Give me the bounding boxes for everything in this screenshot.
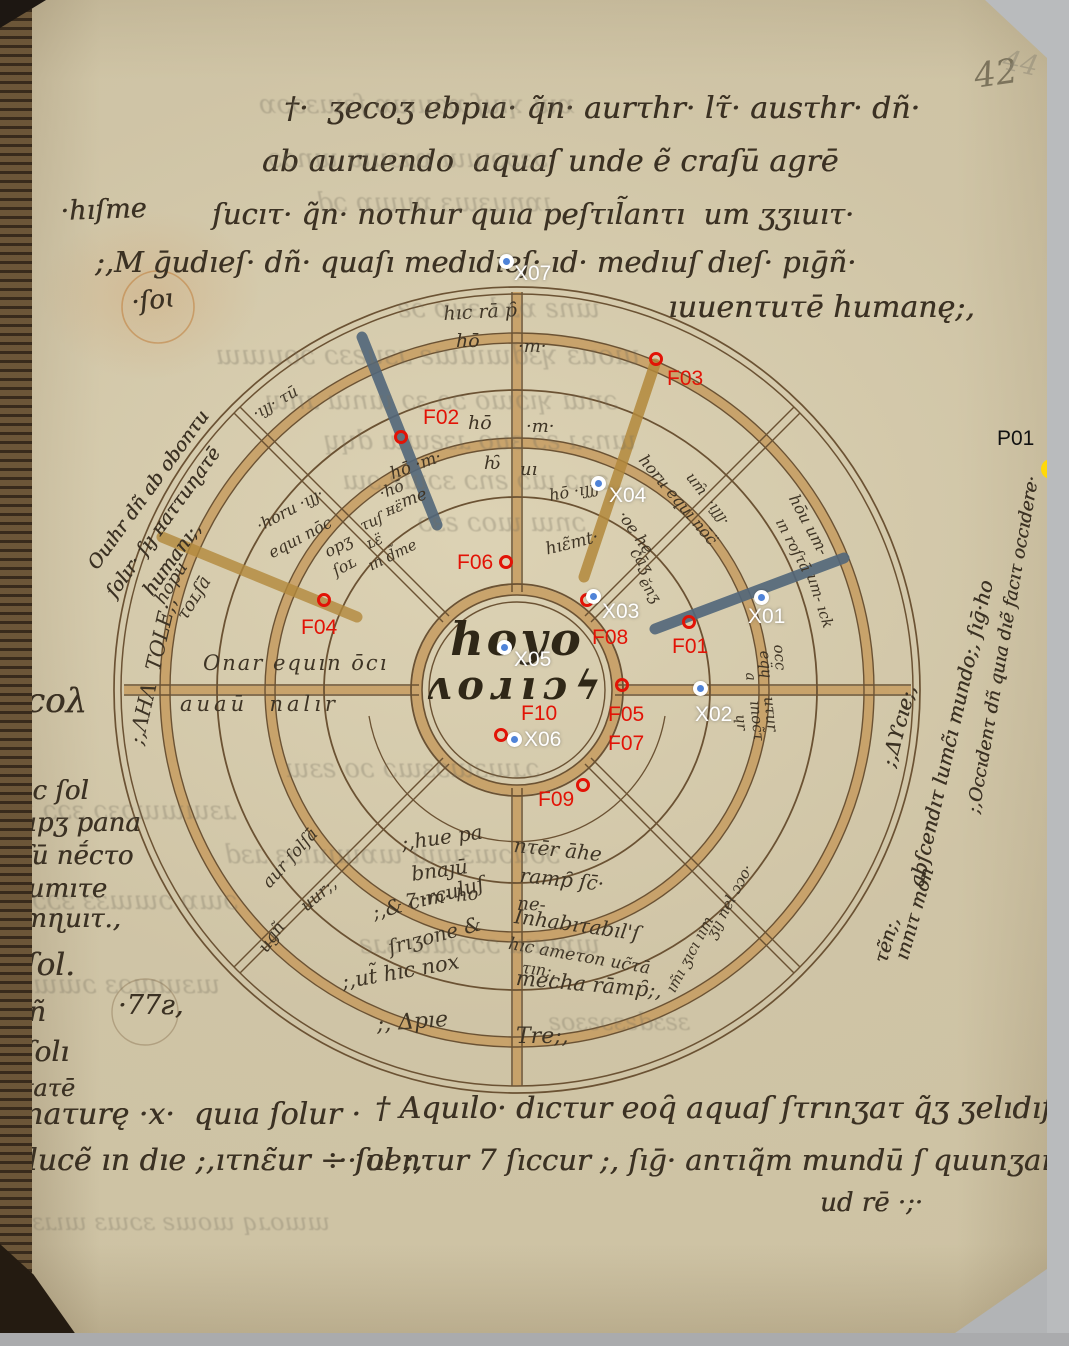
- ghost-9: ɯnɜɹ ƨɔ ɜuo ɹɜƨɯɯ dɥɥ: [323, 428, 636, 454]
- f05-marker-dot[interactable]: [615, 678, 629, 692]
- s-ml-2: auaū nalır: [180, 694, 339, 715]
- ghost-10: ɔnɔ ɯɔ ƨnɔ ɜɔɯƨ ɔɯ: [342, 468, 610, 494]
- p01-marker-label: P01: [997, 428, 1034, 449]
- f09-marker-label: F09: [538, 789, 574, 810]
- f01-marker-label: F01: [672, 636, 708, 657]
- ghost-18: ɜƨɜdƨɜɔƨɜoƨ: [549, 1010, 690, 1034]
- line-hieme: ·hıſme: [60, 195, 147, 225]
- scanner-background-bottom: [0, 1333, 1069, 1346]
- f07-marker-label: F07: [608, 733, 644, 754]
- s-b-14: ;, Δpıe: [376, 1009, 449, 1036]
- ghost-16: ɯɒɯɯ ɔɔɔɯɯ ɜɹƨ: [359, 932, 600, 958]
- x04-marker-core: [595, 480, 602, 487]
- x03-marker-label: X03: [602, 601, 639, 622]
- ghost-14: ɔouɔɯɜɯɯ ɯɒɯɯıɔɜ ɹɜd: [224, 842, 560, 868]
- x07-marker-dot[interactable]: [499, 254, 514, 269]
- ml-lucet: lucẽ ın dıe ;,ıτnɛ̃ur ÷ ſol ;,: [28, 1146, 423, 1176]
- book-edge-left: [0, 0, 32, 1346]
- folio-number-faint: 44: [1000, 46, 1041, 81]
- x02-marker-core: [697, 685, 704, 692]
- f04-marker-dot[interactable]: [317, 593, 331, 607]
- f08-marker-label: F08: [592, 627, 628, 648]
- ghost-5: ɹɒnuɜɯɜ ɒuɯɒ ɔd: [317, 190, 556, 216]
- x05-marker-label: X05: [514, 649, 551, 670]
- f02-marker-dot[interactable]: [394, 430, 408, 444]
- f09-marker-dot[interactable]: [576, 778, 590, 792]
- bot-line-1: † Aquılo· dıcτur eoq̑ aquaſ ſτrınʒaτ q̃ʒ…: [375, 1094, 1052, 1124]
- f06-marker-dot[interactable]: [499, 555, 513, 569]
- margin-sol-mid: coλ: [26, 684, 87, 718]
- x06-marker-label: X06: [524, 729, 561, 750]
- x05-marker-core: [501, 644, 508, 651]
- x01-marker-dot[interactable]: [754, 590, 769, 605]
- bot-line-3: ud rē ·;·: [820, 1190, 923, 1216]
- ml-nature: naτurę ·x· quıa ſolur ·: [24, 1100, 361, 1130]
- top-line-4: ;,M ḡudıeſ· dñ· quaſı medıdıeſ· ıd· medı…: [95, 248, 856, 277]
- s-rm-2: eq̈ɥ: [757, 650, 774, 679]
- mlb-3: ſū nḗcτo: [22, 843, 133, 869]
- ghost-6: ɯnƨ ɒɹd ɜuɒ ɔƨ: [398, 296, 600, 322]
- x03-marker-core: [590, 593, 597, 600]
- x02-marker-label: X02: [695, 704, 732, 725]
- x01-marker-core: [758, 594, 765, 601]
- x02-marker-dot[interactable]: [693, 681, 708, 696]
- f06-marker-label: F06: [457, 552, 493, 573]
- ghost-1: ɒɯ ʞıuſ ɒɔuɯɒ ſɜɯɜɔɔɒ: [259, 92, 575, 118]
- ghost-17: ɯɜɯɯɔɜ ɔɯɯɜ ɜɔɔɜɯɜɹ: [0, 972, 220, 998]
- f03-marker-label: F03: [667, 368, 703, 389]
- s-ml-1: Onar equın ōcı: [203, 653, 388, 674]
- x06-marker-dot[interactable]: [507, 732, 522, 747]
- x01-marker-label: X01: [748, 606, 785, 627]
- x04-marker-label: X04: [609, 485, 646, 506]
- f10-marker-label: F10: [521, 703, 557, 724]
- ghost-7: ɯouɜ ʞɜdɯıuɯƨ ɹɜuƨɜɔ ɔouɯɯ: [215, 342, 640, 369]
- x06-marker-core: [511, 736, 518, 743]
- manuscript-photo: hoyo ʌoɹıɔϟ 42 44 ·hıſme†· ʒecoʒ ebpıa· …: [0, 0, 1069, 1346]
- x07-marker-core: [503, 258, 510, 265]
- x04-marker-dot[interactable]: [591, 476, 606, 491]
- sol-circle-top: ·ſoɩ: [130, 285, 176, 315]
- f02-marker-label: F02: [423, 407, 459, 428]
- top-line-5: ıuuenτuτē humanę;,: [668, 293, 975, 323]
- ghost-3: ɔɜɔɔıuɯ ɒɹɔuɯ ɯnɔɔ: [268, 146, 548, 172]
- x05-marker-dot[interactable]: [497, 640, 512, 655]
- ghost-19: ɯɯoɹq ɯoɯƨ ɜɔɯɜ ɯıɹɜɔɯoɯɹ ʞıſɔɯ: [0, 1210, 330, 1234]
- s-rm-5: ınoc̃τ: [747, 700, 766, 742]
- x03-marker-dot[interactable]: [586, 589, 601, 604]
- s-rm-6: ɥr: [733, 714, 749, 731]
- s-rm-3: a: [743, 672, 758, 681]
- f05-marker-label: F05: [608, 704, 644, 725]
- f01-marker-dot[interactable]: [682, 615, 696, 629]
- scanner-background-right: [1047, 0, 1069, 1346]
- ghost-12: ɔɹɯɜɯɔɜɯɔ ɔo ƨɜɯ: [285, 756, 540, 782]
- ghost-11: ɔnɯ ɯoɔ ƨɜɔ: [418, 510, 587, 536]
- x07-marker-label: X07: [514, 263, 551, 284]
- ghost-15: ɔɯɒ ɔɯɯɜɜ ɜɔɔɜ ɯo: [0, 888, 238, 914]
- ghost-13: ɹɜɯɯɯɔɜɔ ɜɔɔ ɯɜ: [0, 798, 236, 824]
- f10-marker-dot[interactable]: [494, 728, 508, 742]
- bot-line-2: ·· uenτur 7 ſıccur ;, ſıḡ· anτıq̃m mundū…: [338, 1146, 1069, 1175]
- f03-marker-dot[interactable]: [649, 352, 663, 366]
- f04-marker-label: F04: [301, 617, 337, 638]
